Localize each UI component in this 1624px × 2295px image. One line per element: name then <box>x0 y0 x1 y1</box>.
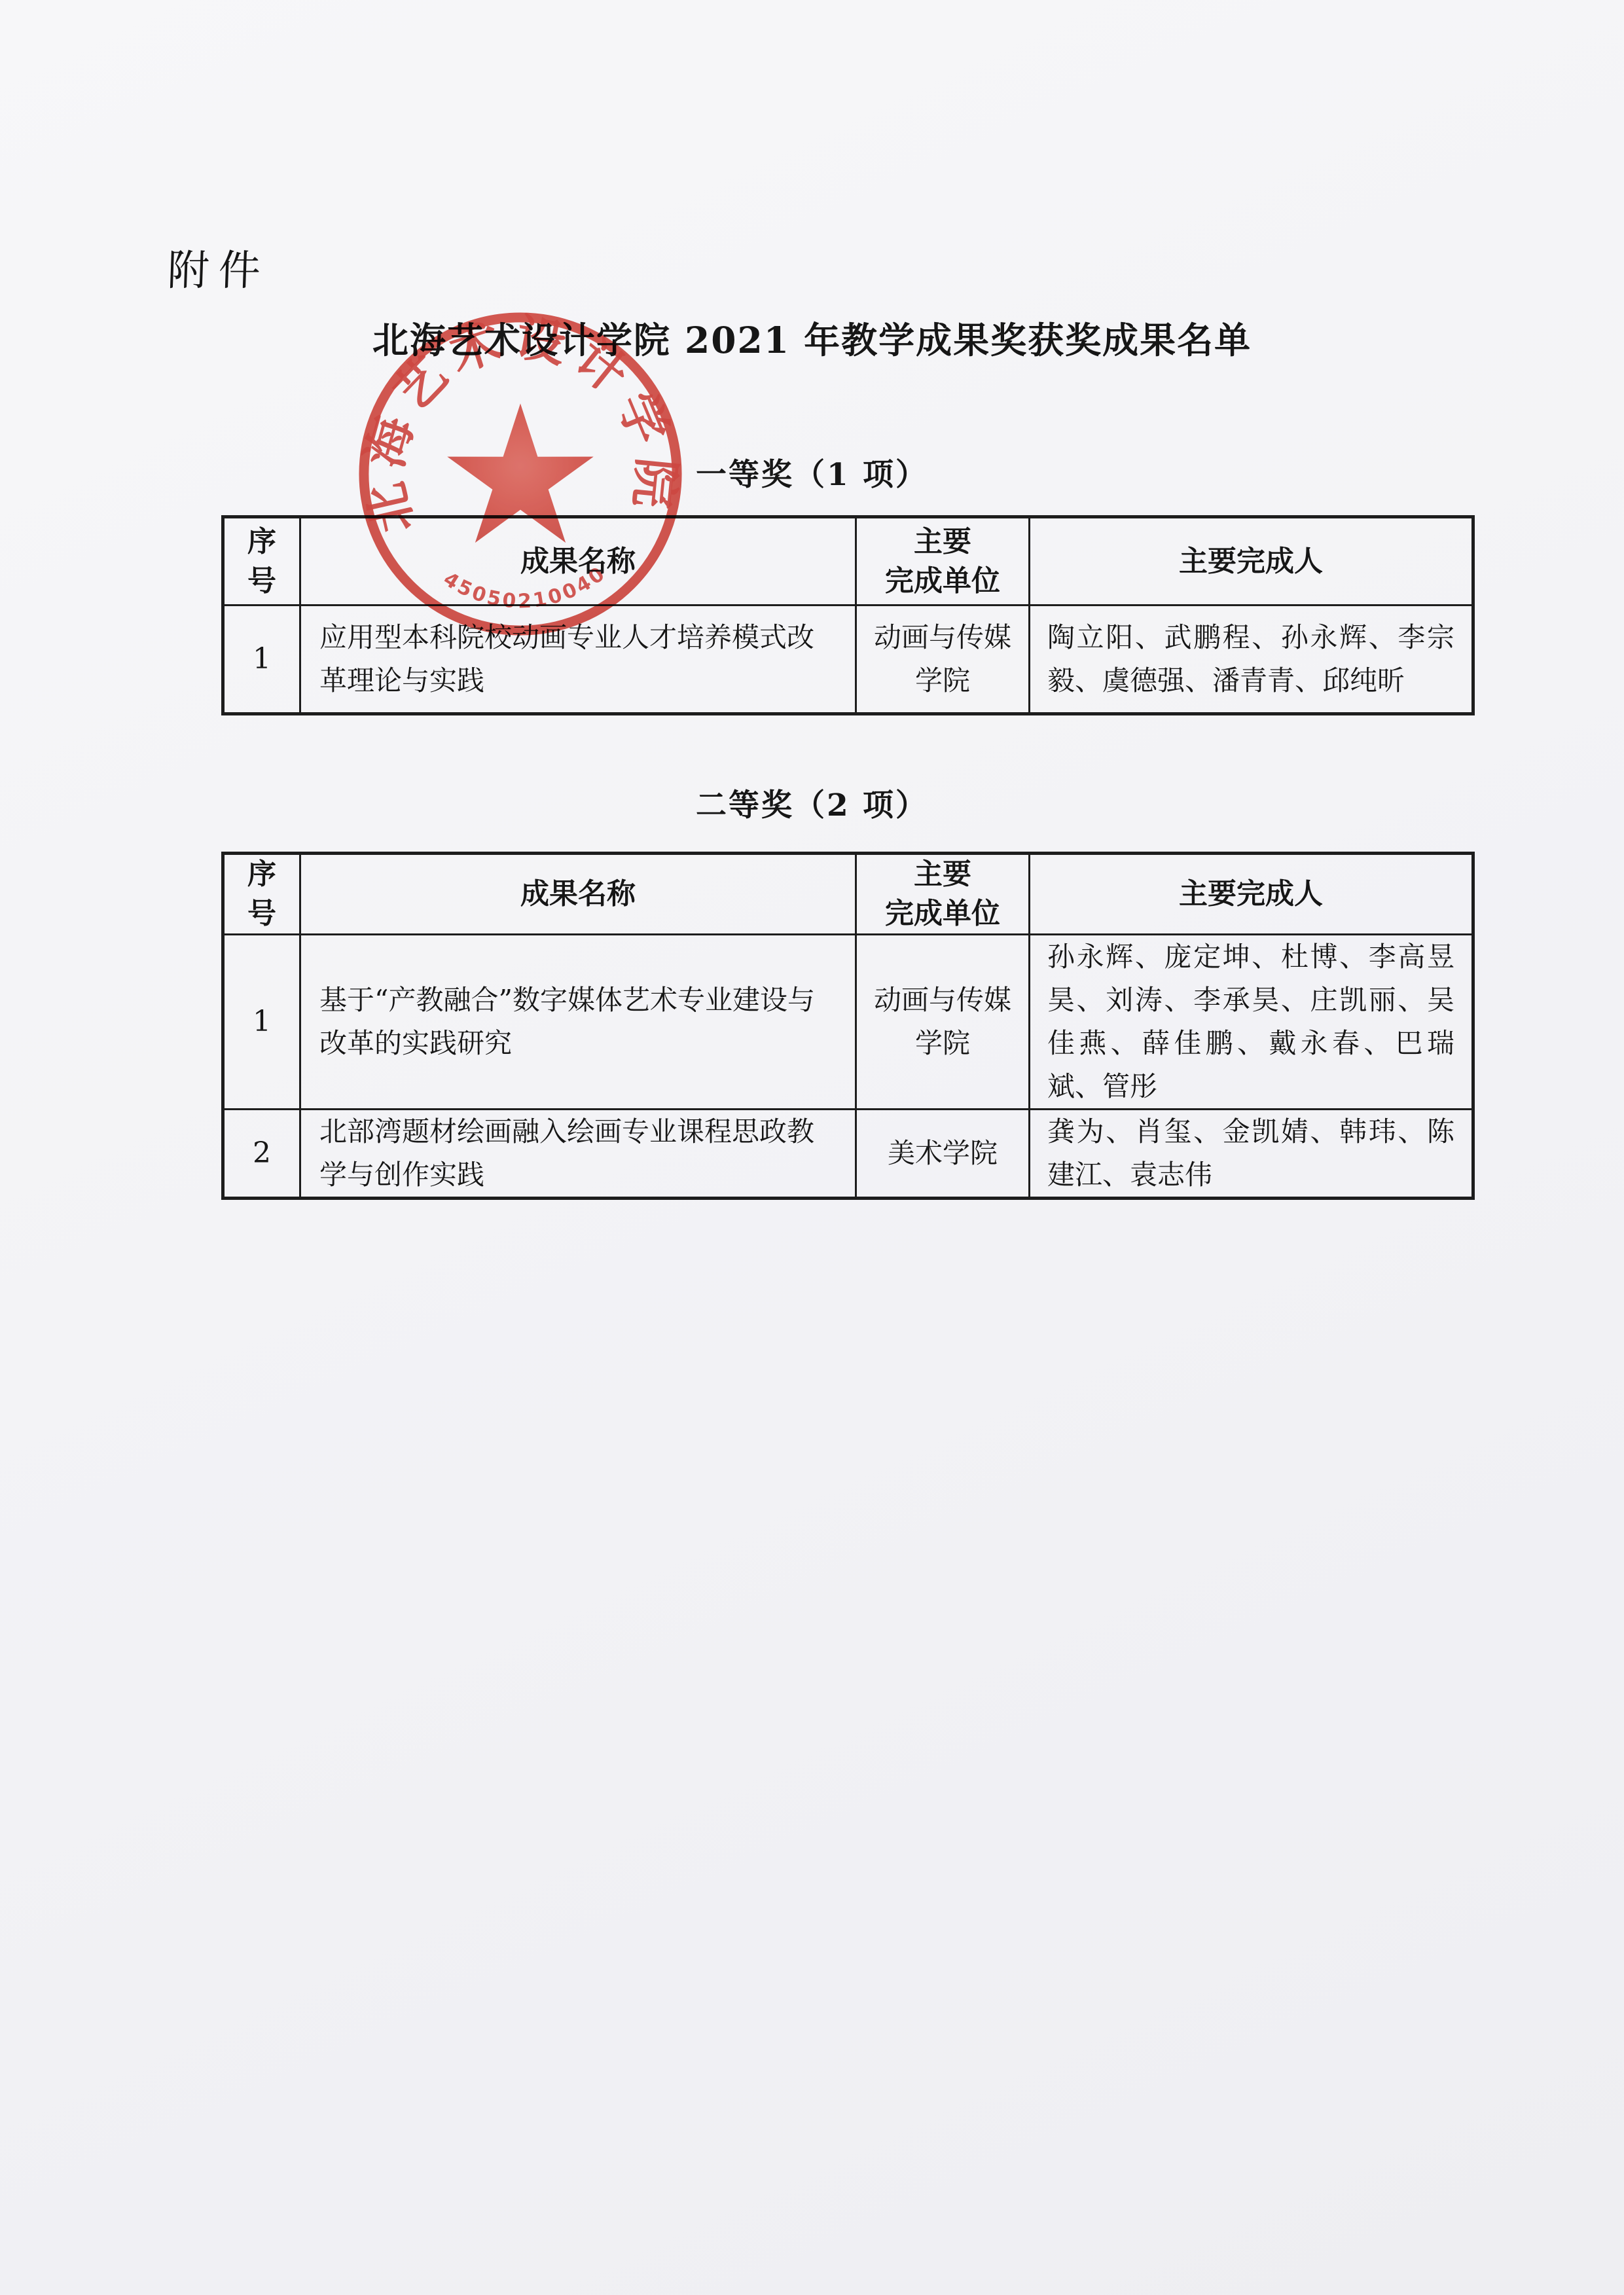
row-number-cell: 1 <box>223 935 300 1110</box>
main-unit-text: 动画与传媒学院 <box>857 979 1028 1065</box>
contributors-text: 龚为、肖玺、金凯婧、韩玮、陈建江、袁志伟 <box>1030 1110 1471 1197</box>
achievement-name-cell: 应用型本科院校动画专业人才培养模式改革理论与实践 <box>300 605 856 714</box>
col-header-main-unit: 主要 完成单位 <box>856 517 1030 605</box>
achievement-name-text: 北部湾题材绘画融入绘画专业课程思政教学与创作实践 <box>301 1110 855 1197</box>
first-prize-table: 序 号 成果名称 主要 完成单位 主要完成人 1 应用型本科院校动画专业人才培养… <box>221 515 1475 715</box>
first-prize-heading: 一等奖（1 项） <box>0 450 1624 494</box>
main-unit-cell: 动画与传媒学院 <box>856 605 1030 714</box>
main-unit-cell: 动画与传媒学院 <box>856 935 1030 1110</box>
attachment-label: 附件 <box>166 237 270 297</box>
col-header-main-unit: 主要 完成单位 <box>856 854 1030 935</box>
page-title: 北海艺术设计学院 2021 年教学成果奖获奖成果名单 <box>0 312 1624 363</box>
col-header-achievement-name: 成果名称 <box>300 854 856 935</box>
table-row: 2 北部湾题材绘画融入绘画专业课程思政教学与创作实践 美术学院 龚为、肖玺、金凯… <box>223 1110 1473 1199</box>
col-header-achievement-name: 成果名称 <box>300 517 856 605</box>
achievement-name-text: 基于“产教融合”数字媒体艺术专业建设与改革的实践研究 <box>301 979 855 1065</box>
contributors-text: 陶立阳、武鹏程、孙永辉、李宗毅、虞德强、潘青青、邱纯昕 <box>1030 616 1471 702</box>
row-number-cell: 2 <box>223 1110 300 1199</box>
main-unit-text: 美术学院 <box>857 1132 1028 1175</box>
main-unit-cell: 美术学院 <box>856 1110 1030 1199</box>
row-number-cell: 1 <box>223 605 300 714</box>
col-header-main-contributors: 主要完成人 <box>1030 517 1473 605</box>
contributors-cell: 陶立阳、武鹏程、孙永辉、李宗毅、虞德强、潘青青、邱纯昕 <box>1030 605 1473 714</box>
achievement-name-text: 应用型本科院校动画专业人才培养模式改革理论与实践 <box>301 616 855 702</box>
col-header-number: 序 号 <box>223 854 300 935</box>
contributors-cell: 孙永辉、庞定坤、杜博、李高昱昊、刘涛、李承昊、庄凯丽、吴佳燕、薛佳鹏、戴永春、巴… <box>1030 935 1473 1110</box>
achievement-name-cell: 基于“产教融合”数字媒体艺术专业建设与改革的实践研究 <box>300 935 856 1110</box>
table-row: 1 应用型本科院校动画专业人才培养模式改革理论与实践 动画与传媒学院 陶立阳、武… <box>223 605 1473 714</box>
contributors-cell: 龚为、肖玺、金凯婧、韩玮、陈建江、袁志伟 <box>1030 1110 1473 1199</box>
contributors-text: 孙永辉、庞定坤、杜博、李高昱昊、刘涛、李承昊、庄凯丽、吴佳燕、薛佳鹏、戴永春、巴… <box>1030 935 1471 1108</box>
second-prize-table: 序 号 成果名称 主要 完成单位 主要完成人 1 基于“产教融合”数字媒体艺术专… <box>221 852 1475 1200</box>
achievement-name-cell: 北部湾题材绘画融入绘画专业课程思政教学与创作实践 <box>300 1110 856 1199</box>
col-header-number: 序 号 <box>223 517 300 605</box>
table-row: 1 基于“产教融合”数字媒体艺术专业建设与改革的实践研究 动画与传媒学院 孙永辉… <box>223 935 1473 1110</box>
second-prize-heading: 二等奖（2 项） <box>0 781 1624 825</box>
scanned-document-page: 附件 北海艺术设计学院 2021 年教学成果奖获奖成果名单 一等奖（1 项） 序… <box>0 0 1624 2295</box>
main-unit-text: 动画与传媒学院 <box>857 616 1028 702</box>
table-header-row: 序 号 成果名称 主要 完成单位 主要完成人 <box>223 854 1473 935</box>
col-header-main-contributors: 主要完成人 <box>1030 854 1473 935</box>
table-header-row: 序 号 成果名称 主要 完成单位 主要完成人 <box>223 517 1473 605</box>
